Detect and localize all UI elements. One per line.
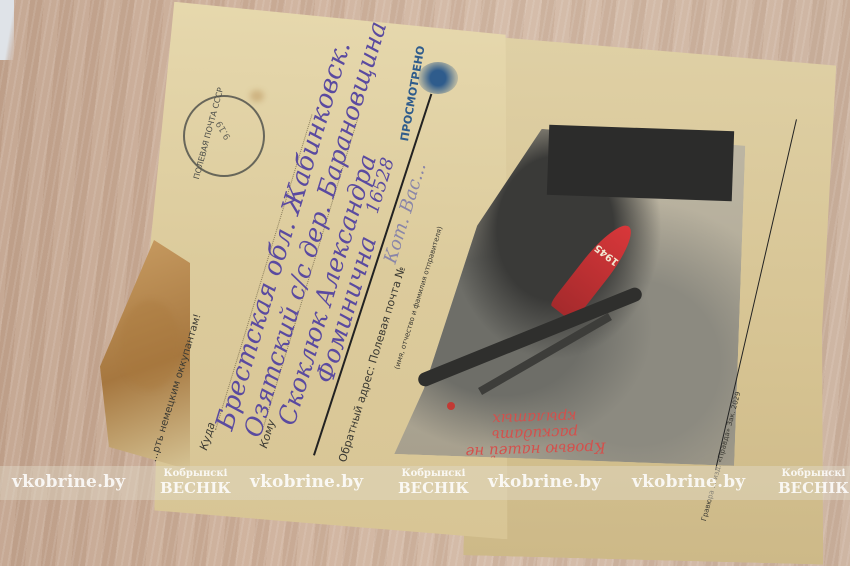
- illustration-slogan: Кровью нашей не раскидать крылатых: [419, 406, 651, 462]
- watermark-logo: Кобрынскі ВЕСНІК: [778, 467, 849, 495]
- watermark-site: vkobrine.by: [488, 472, 601, 492]
- watermark-logo-line2: ВЕСНІК: [160, 482, 231, 495]
- stain: [250, 90, 264, 102]
- watermark-band: vkobrine.by Кобрынскі ВЕСНІК vkobrine.by…: [0, 466, 850, 500]
- watermark-logo-line2: ВЕСНІК: [778, 482, 849, 495]
- watermark-logo: Кобрынскі ВЕСНІК: [398, 467, 469, 495]
- rocket-label: 1945: [592, 241, 622, 268]
- watermark-site: vkobrine.by: [12, 472, 125, 492]
- red-star-icon: [447, 402, 455, 410]
- stain: [120, 300, 180, 390]
- watermark-site: vkobrine.by: [632, 472, 745, 492]
- watermark-logo: Кобрынскі ВЕСНІК: [160, 467, 231, 495]
- watermark-logo-line2: ВЕСНІК: [398, 482, 469, 495]
- watermark-site: vkobrine.by: [250, 472, 363, 492]
- illustration-city-skyline: [547, 125, 734, 201]
- wall-corner: [0, 0, 14, 60]
